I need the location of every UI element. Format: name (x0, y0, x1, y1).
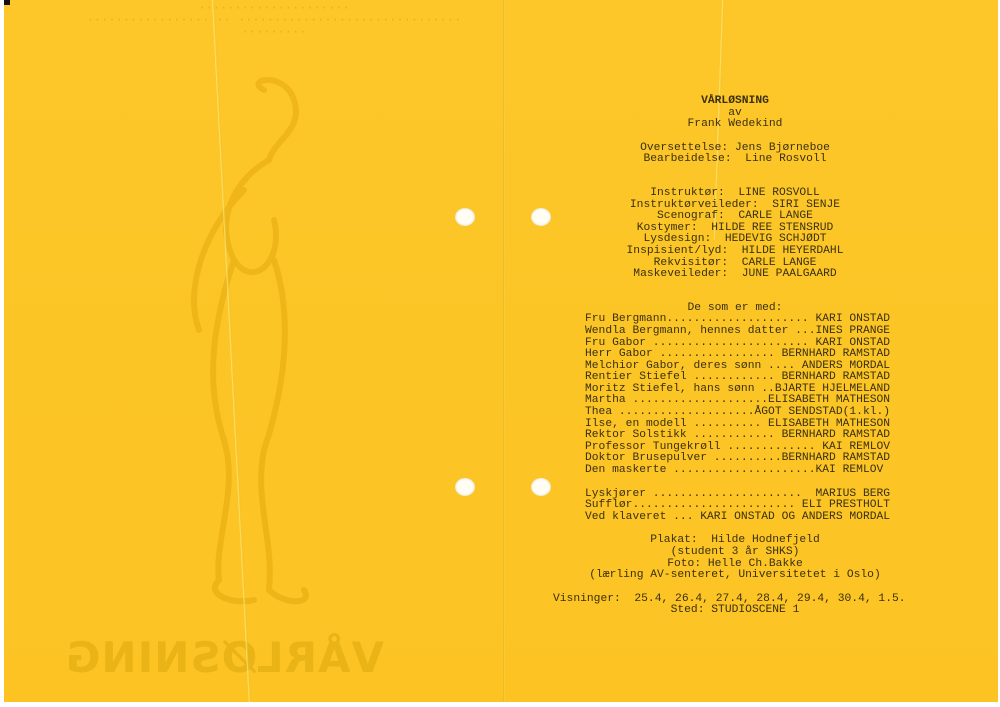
poster-credit-line: (student 3 år SHKS) (545, 547, 925, 559)
play-title: VÅRLØSNING (545, 96, 925, 108)
drawn-figure-illustration (144, 60, 374, 620)
cast-list: Fru Bergmann..................... KARI O… (545, 314, 925, 476)
cast-row: Herr Gabor ................. BERNHARD RA… (585, 349, 925, 361)
cast-row: Den maskerte .....................KAI RE… (585, 465, 925, 477)
punch-hole (455, 478, 475, 496)
punch-hole (455, 208, 475, 226)
crew-credit: Maskeveileder: JUNE PAALGAARD (545, 269, 925, 281)
cast-row: Thea ....................ÅGOT SENDSTAD(1… (585, 407, 925, 419)
crew-credit: Inspisient/lyd: HILDE HEYERDAHL (545, 246, 925, 258)
scan-corner-mark (4, 0, 10, 5)
show-through-back-title: VÅRLØSNING (134, 633, 384, 682)
programme-sheet: ····················· ··················… (4, 0, 998, 702)
venue: Sted: STUDIOSCENE 1 (545, 605, 925, 617)
crew-credit: Instruktør: LINE ROSVOLL (545, 188, 925, 200)
programme-text: VÅRLØSNING av Frank Wedekind Oversettels… (545, 96, 925, 617)
crew-list: Instruktør: LINE ROSVOLLInstruktørveiled… (545, 188, 925, 281)
cast-row: Wendla Bergmann, hennes datter ...INES P… (585, 326, 925, 338)
show-through-text: ····················· ··················… (44, 2, 504, 38)
center-fold (503, 0, 505, 702)
extra-crew-list: Lyskjører ...................... MARIUS … (545, 489, 925, 524)
crew-credit: Scenograf: CARLE LANGE (545, 211, 925, 223)
crew-row: Ved klaveret ... KARI ONSTAD OG ANDERS M… (585, 512, 925, 524)
poster-credit-line: (lærling AV-senteret, Universitetet i Os… (545, 570, 925, 582)
adaptation-credit: Bearbeidelse: Line Rosvoll (545, 154, 925, 166)
poster-credits: Plakat: Hilde Hodnefjeld(student 3 år SH… (545, 535, 925, 581)
author: Frank Wedekind (545, 119, 925, 131)
